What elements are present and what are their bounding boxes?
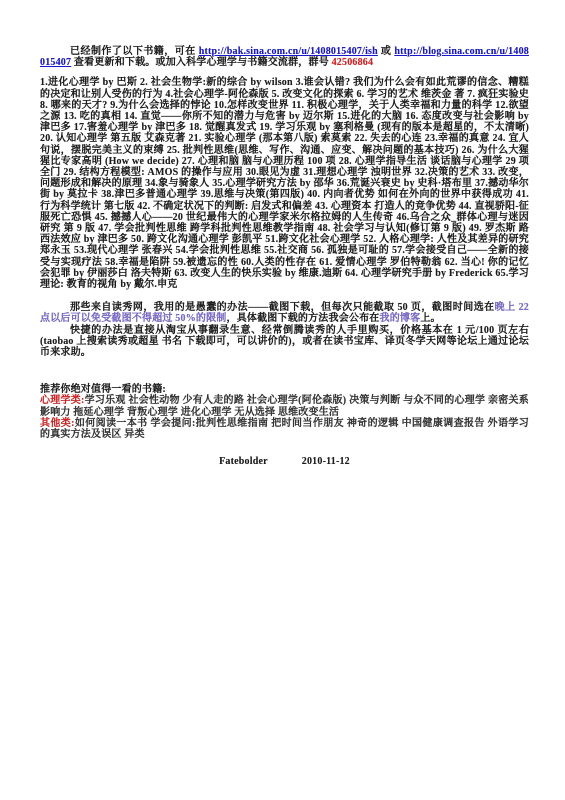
notes-section: 那些来自读秀网，我用的是愚蠢的办法——截图下载，但每次只能截取 50 页，截图时… <box>40 302 529 358</box>
intro-paragraph: 已经制作了以下书籍，可在 http://bak.sina.com.cn/u/14… <box>40 46 529 68</box>
download-note-part2: ，具体截图下载的方法我会公布在 <box>227 313 380 324</box>
document-page: 已经制作了以下书籍，可在 http://bak.sina.com.cn/u/14… <box>0 0 565 800</box>
qq-group-number: 42506864 <box>332 57 374 68</box>
category-label-other: 其他类: <box>40 418 75 429</box>
recommendation-category-psychology: 心理学类:学习乐观 社会性动物 少有人走的路 社会心理学(阿伦森版) 决策与判断… <box>40 395 529 417</box>
recommendations-heading: 推荐你绝对值得一看的书籍: <box>40 384 529 395</box>
intro-conjunction-text: 或 <box>378 46 394 57</box>
backup-blog-link[interactable]: http://bak.sina.com.cn/u/1408015407/ish <box>199 46 378 57</box>
intro-tail-text: 查看更新和下载。或加入科学心理学与书籍交流群，群号 <box>71 57 331 68</box>
category-books-other: 如何阅读一本书 学会提问:批判性思维指南 把时间当作朋友 神奇的逻辑 中国健康调… <box>40 418 529 440</box>
signature-author: Fatebolder <box>219 456 268 467</box>
download-note-part1: 那些来自读秀网，我用的是愚蠢的办法——截图下载，但每次只能截取 50 页，截图时… <box>70 302 495 313</box>
purchase-note-paragraph: 快捷的办法是直接从淘宝从事翻录生意、经常倒腾读秀的人手里购买，价格基本在 1 元… <box>40 325 529 359</box>
download-note-part3: 上。 <box>420 313 440 324</box>
recommendations-section: 推荐你绝对值得一看的书籍: 心理学类:学习乐观 社会性动物 少有人走的路 社会心… <box>40 384 529 440</box>
intro-lead-text: 已经制作了以下书籍，可在 <box>70 46 199 57</box>
category-books-psychology: 学习乐观 社会性动物 少有人走的路 社会心理学(阿伦森版) 决策与判断 与众不同… <box>40 395 529 417</box>
category-label-psychology: 心理学类: <box>40 395 85 406</box>
document-content: 已经制作了以下书籍，可在 http://bak.sina.com.cn/u/14… <box>40 46 529 468</box>
book-list-paragraph: 1.进化心理学 by 巴斯 2. 社会生物学:新的综合 by wilson 3.… <box>40 77 529 290</box>
my-blog-link[interactable]: 我的博客 <box>380 313 421 324</box>
signature-date: 2010-11-12 <box>302 456 350 467</box>
signature-line: Fatebolder2010-11-12 <box>40 456 529 467</box>
download-note-paragraph: 那些来自读秀网，我用的是愚蠢的办法——截图下载，但每次只能截取 50 页，截图时… <box>40 302 529 324</box>
recommendation-category-other: 其他类:如何阅读一本书 学会提问:批判性思维指南 把时间当作朋友 神奇的逻辑 中… <box>40 418 529 440</box>
